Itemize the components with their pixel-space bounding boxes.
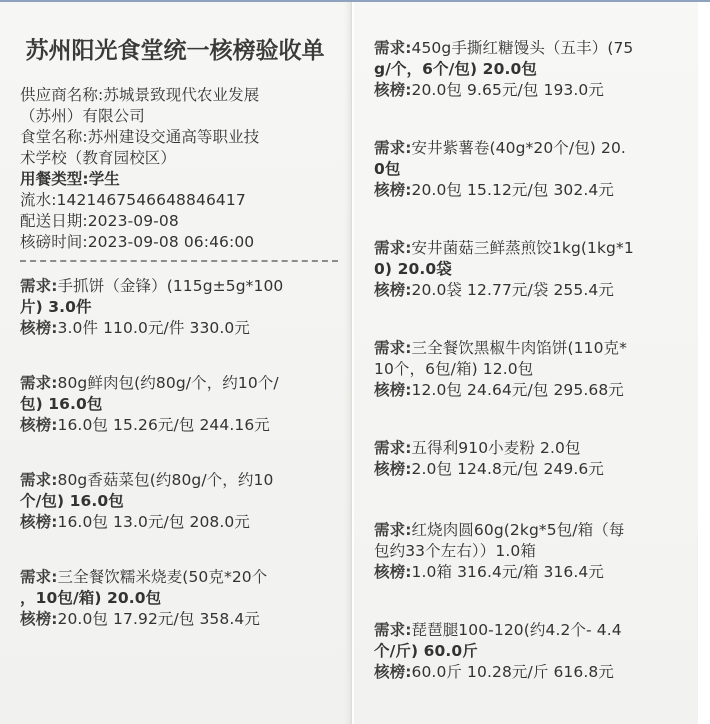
requirement-text-cont: 个/包) 16.0包	[20, 491, 351, 512]
check-result: 2.0包 124.8元/包 249.6元	[412, 460, 604, 478]
line-item: 需求:三全餐饮糯米烧麦(50克*20个 ，10包/箱) 20.0包 核榜:20.…	[20, 567, 351, 630]
receipt-right-column: 需求:450g手撕红糖馒头（五丰）(75 g/个，6个/包) 20.0包 核榜:…	[354, 2, 704, 724]
requirement-text: 红烧肉圆60g(2kg*5包/箱（每	[412, 521, 625, 539]
canteen-name-line2: 术学校（教育园校区）	[20, 148, 351, 169]
check-result: 20.0包 17.92元/包 358.4元	[58, 610, 260, 628]
receipt-left-column: 苏州阳光食堂统一核榜验收单 供应商名称:苏城景致现代农业发展 （苏州）有限公司 …	[0, 2, 352, 724]
check-label: 核榜:	[374, 181, 412, 199]
line-item: 需求:五得利910小麦粉 2.0包 核榜:2.0包 124.8元/包 249.6…	[374, 438, 698, 480]
delivery-date: 配送日期:2023-09-08	[20, 211, 351, 232]
requirement-text-cont: ，10包/箱) 20.0包	[20, 588, 351, 609]
requirement-label: 需求:	[374, 439, 412, 457]
line-item: 需求:三全餐饮黑椒牛肉馅饼(110克* 10个，6包/箱) 12.0包 核榜:1…	[374, 338, 698, 401]
line-item: 需求:安井菌菇三鲜蒸煎饺1kg(1kg*1 0) 20.0袋 核榜:20.0袋 …	[374, 238, 698, 301]
check-label: 核榜:	[20, 610, 58, 628]
check-result: 20.0包 15.12元/包 302.4元	[412, 181, 614, 199]
requirement-text: 80g鲜肉包(约80g/个，约10个/	[58, 374, 279, 392]
check-label: 核榜:	[374, 663, 412, 681]
requirement-text: 五得利910小麦粉 2.0包	[412, 439, 581, 457]
check-label: 核榜:	[374, 81, 412, 99]
line-item: 需求:琵琶腿100-120(约4.2个- 4.4 个/斤) 60.0斤 核榜:6…	[374, 620, 698, 683]
requirement-label: 需求:	[374, 339, 412, 357]
requirement-text-cont: 0包	[374, 159, 698, 180]
check-result: 16.0包 15.26元/包 244.16元	[58, 416, 270, 434]
line-item: 需求:80g鲜肉包(约80g/个，约10个/ 包) 16.0包 核榜:16.0包…	[20, 373, 351, 436]
check-result: 20.0袋 12.77元/袋 255.4元	[412, 281, 614, 299]
check-label: 核榜:	[374, 563, 412, 581]
check-result: 1.0箱 316.4元/箱 316.4元	[412, 563, 604, 581]
requirement-text-cont: g/个，6个/包) 20.0包	[374, 59, 698, 80]
check-result: 3.0件 110.0元/件 330.0元	[58, 319, 250, 337]
check-result: 12.0包 24.64元/包 295.68元	[412, 381, 624, 399]
check-label: 核榜:	[374, 460, 412, 478]
supplier-name-line1: 供应商名称:苏城景致现代农业发展	[20, 85, 351, 106]
receipt-title: 苏州阳光食堂统一核榜验收单	[20, 32, 330, 65]
requirement-text-cont: 0) 20.0袋	[374, 259, 698, 280]
line-item: 需求:80g香菇菜包(约80g/个，约10 个/包) 16.0包 核榜:16.0…	[20, 470, 351, 533]
canteen-name-line1: 食堂名称:苏州建设交通高等职业技	[20, 127, 351, 148]
requirement-text-cont: 包约33个左右））1.0箱	[374, 541, 698, 562]
requirement-text-cont: 包) 16.0包	[20, 394, 351, 415]
line-item: 需求:450g手撕红糖馒头（五丰）(75 g/个，6个/包) 20.0包 核榜:…	[374, 38, 698, 101]
requirement-label: 需求:	[374, 39, 412, 57]
requirement-text-cont: 片) 3.0件	[20, 297, 351, 318]
check-result: 16.0包 13.0元/包 208.0元	[58, 513, 250, 531]
requirement-label: 需求:	[374, 521, 412, 539]
requirement-label: 需求:	[374, 139, 412, 157]
check-label: 核榜:	[374, 381, 412, 399]
receipt-header: 供应商名称:苏城景致现代农业发展 （苏州）有限公司 食堂名称:苏州建设交通高等职…	[20, 85, 351, 253]
check-result: 60.0斤 10.28元/斤 616.8元	[412, 663, 614, 681]
requirement-text: 安井菌菇三鲜蒸煎饺1kg(1kg*1	[412, 239, 634, 257]
line-item: 需求:红烧肉圆60g(2kg*5包/箱（每 包约33个左右））1.0箱 核榜:1…	[374, 520, 698, 583]
requirement-text-cont: 个/斤) 60.0斤	[374, 641, 698, 662]
requirement-label: 需求:	[374, 621, 412, 639]
requirement-label: 需求:	[374, 239, 412, 257]
meal-type: 用餐类型:学生	[20, 169, 351, 190]
requirement-label: 需求:	[20, 374, 58, 392]
line-item: 需求:手抓饼（金锋）(115g±5g*100 片) 3.0件 核榜:3.0件 1…	[20, 276, 351, 339]
requirement-text: 80g香菇菜包(约80g/个，约10	[58, 471, 274, 489]
requirement-label: 需求:	[20, 471, 58, 489]
check-label: 核榜:	[20, 416, 58, 434]
check-label: 核榜:	[374, 281, 412, 299]
line-item: 需求:安井紫薯卷(40g*20个/包) 20. 0包 核榜:20.0包 15.1…	[374, 138, 698, 201]
receipt-scan: 苏州阳光食堂统一核榜验收单 供应商名称:苏城景致现代农业发展 （苏州）有限公司 …	[0, 0, 710, 724]
check-label: 核榜:	[20, 513, 58, 531]
supplier-name-line2: （苏州）有限公司	[20, 106, 351, 127]
dashed-divider	[20, 260, 338, 262]
check-label: 核榜:	[20, 319, 58, 337]
requirement-text: 安井紫薯卷(40g*20个/包) 20.	[412, 139, 626, 157]
requirement-text: 450g手撕红糖馒头（五丰）(75	[412, 39, 634, 57]
requirement-label: 需求:	[20, 568, 58, 586]
requirement-text: 琵琶腿100-120(约4.2个- 4.4	[412, 621, 622, 639]
requirement-text: 手抓饼（金锋）(115g±5g*100	[58, 277, 284, 295]
check-result: 20.0包 9.65元/包 193.0元	[412, 81, 604, 99]
requirement-text-cont: 10个，6包/箱) 12.0包	[374, 359, 698, 380]
serial-number: 流水:1421467546648846417	[20, 190, 351, 211]
requirement-label: 需求:	[20, 277, 58, 295]
requirement-text: 三全餐饮黑椒牛肉馅饼(110克*	[412, 339, 627, 357]
requirement-text: 三全餐饮糯米烧麦(50克*20个	[58, 568, 268, 586]
check-time: 核磅时间:2023-09-08 06:46:00	[20, 232, 351, 253]
